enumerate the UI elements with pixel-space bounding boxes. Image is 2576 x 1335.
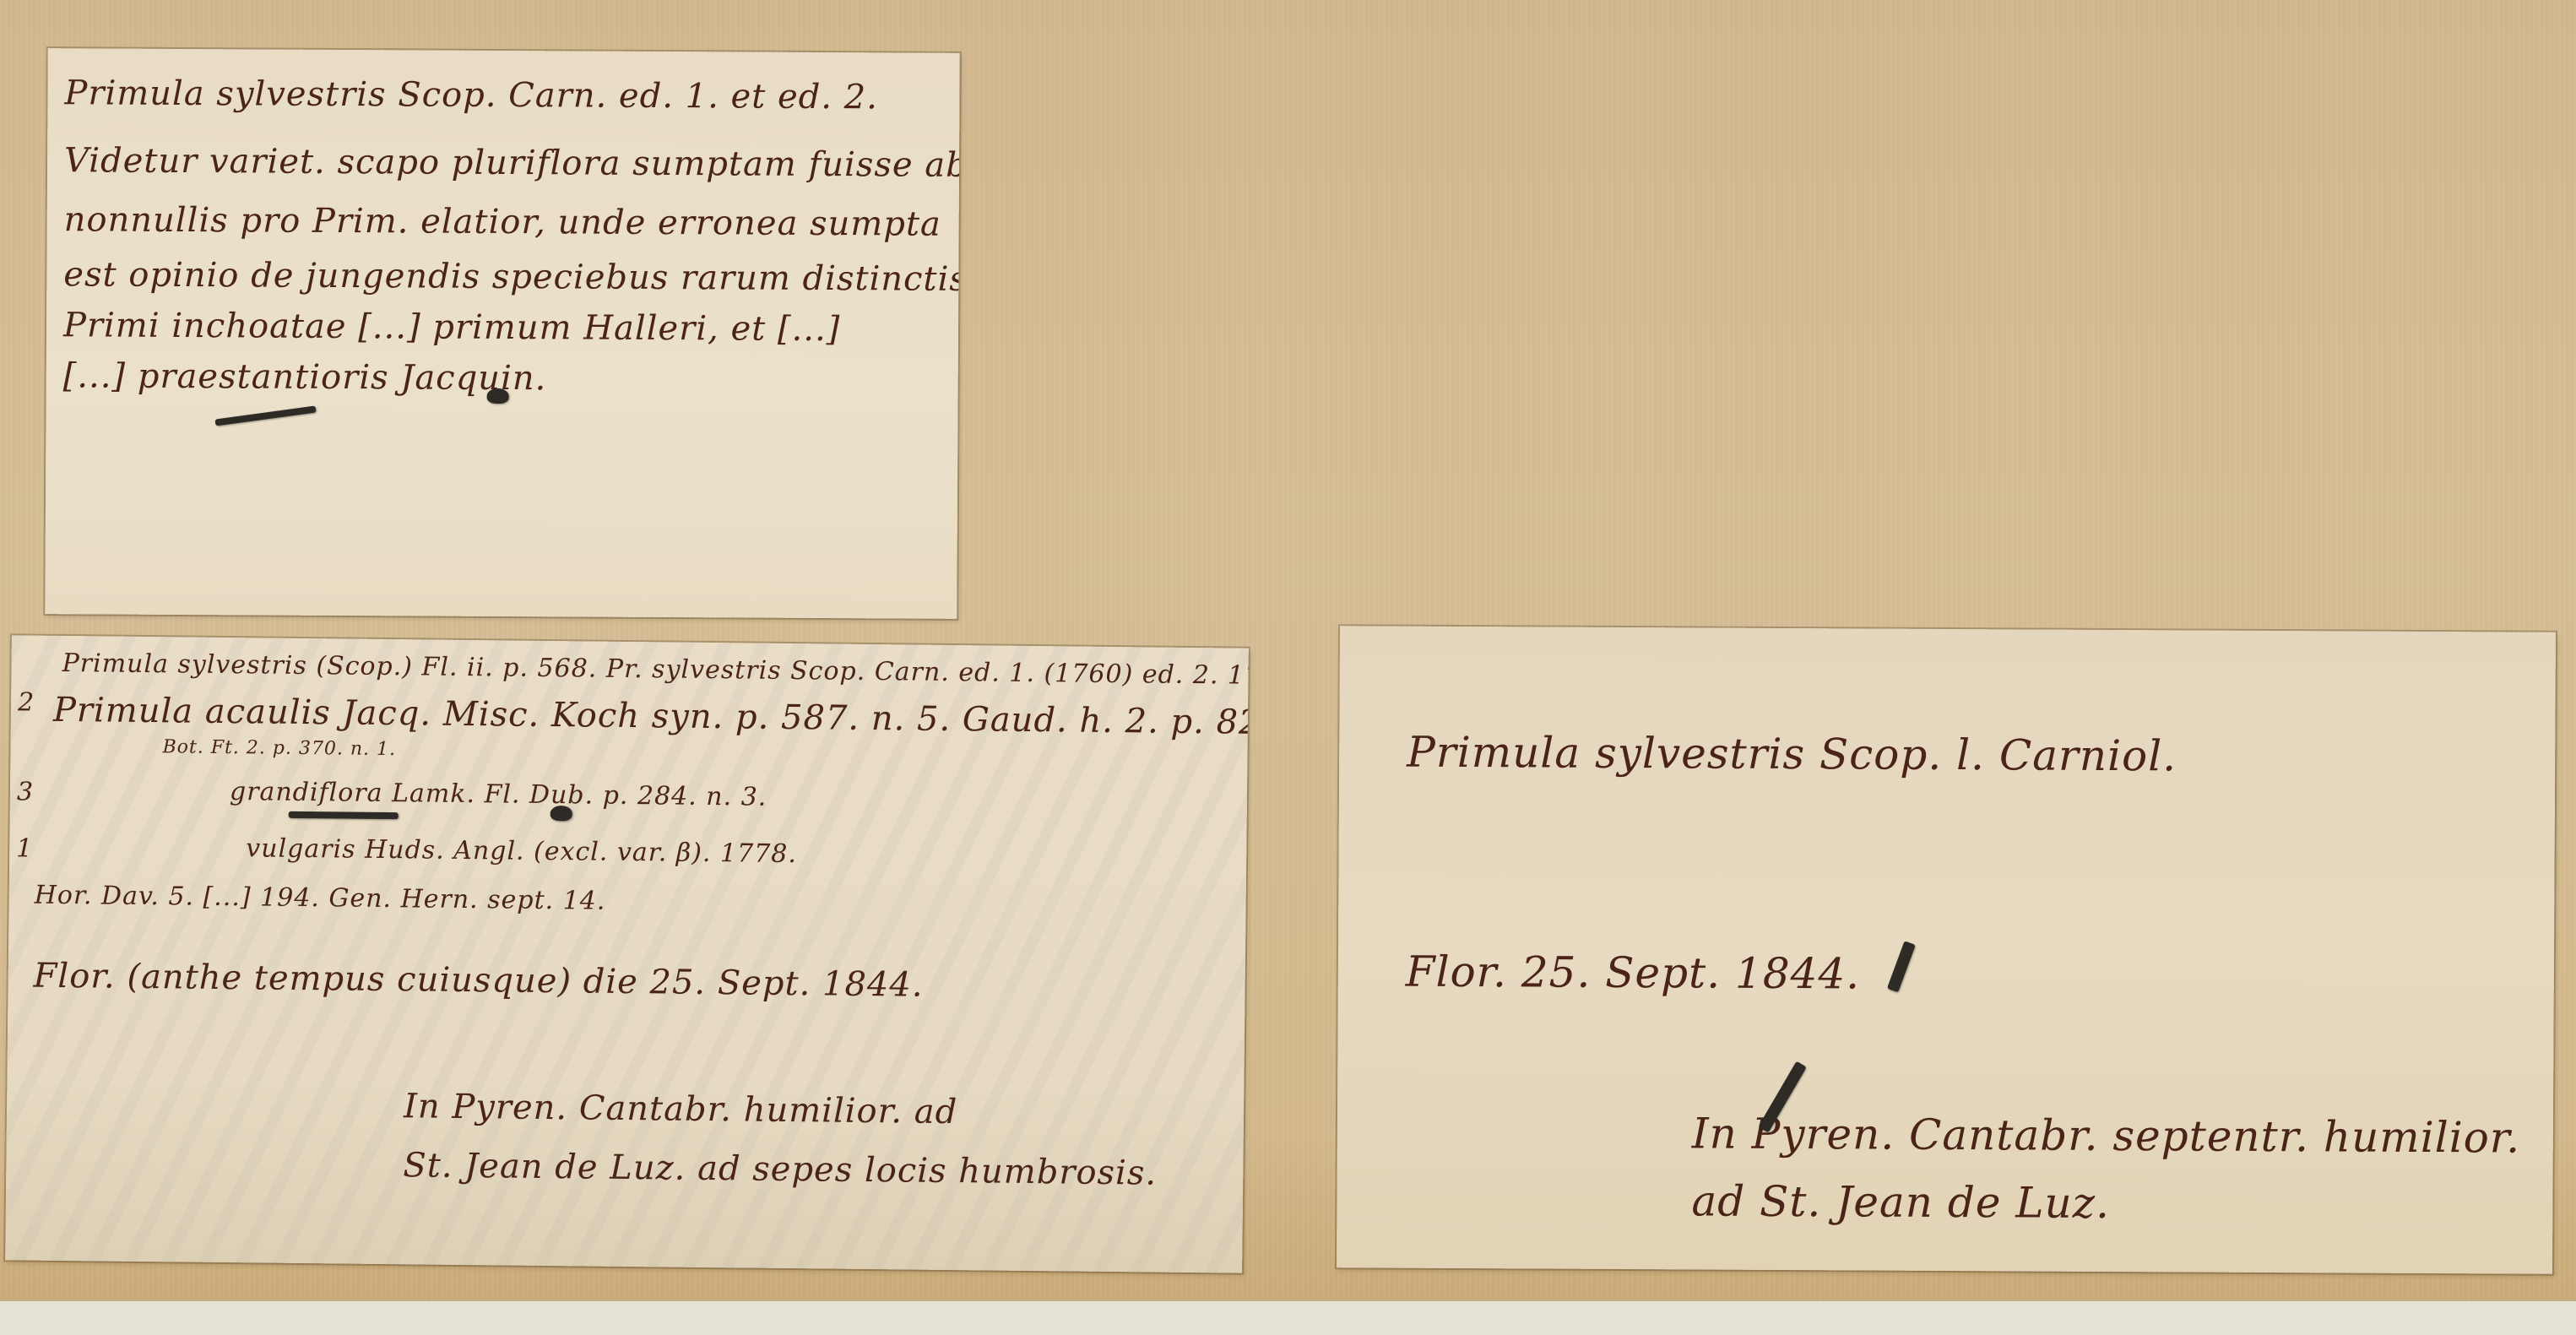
pin-icon — [214, 406, 316, 426]
label-bottom-left: Primula sylvestris (Scop.) Fl. ii. p. 56… — [5, 635, 1249, 1273]
label-line: est opinio de jungendis speciebus rarum … — [63, 255, 960, 299]
label-line: Hor. Dav. 5. [...] 194. Gen. Hern. sept.… — [35, 881, 606, 916]
label-line: [...] praestantioris Jacquin. — [63, 356, 547, 398]
label-right: Primula sylvestris Scop. l. Carniol. Flo… — [1337, 626, 2556, 1274]
label-line: In Pyren. Cantabr. septentr. humilior. — [1692, 1109, 2521, 1162]
label-line: In Pyren. Cantabr. humilior. ad — [404, 1087, 958, 1131]
label-line: Videtur variet. scapo pluriflora sumptam… — [64, 141, 960, 185]
label-line: Bot. Ft. 2. p. 370. n. 1. — [162, 736, 396, 760]
pin-head-icon — [550, 806, 572, 821]
label-top-left: Primula sylvestris Scop. Carn. ed. 1. et… — [45, 48, 959, 619]
label-line: Primula sylvestris Scop. Carn. ed. 1. et… — [64, 73, 878, 117]
label-line: Primula sylvestris Scop. l. Carniol. — [1407, 728, 2177, 781]
pin-head-icon — [487, 388, 509, 404]
label-line: Flor. 25. Sept. 1844. — [1406, 947, 1861, 999]
line-marker: 1 — [16, 833, 33, 863]
label-line: Primi inchoatae [...] primum Halleri, et… — [63, 306, 841, 349]
pin-icon — [289, 811, 399, 819]
label-line: ad St. Jean de Luz. — [1691, 1176, 2110, 1228]
label-line: vulgaris Huds. Angl. (excl. var. β). 177… — [246, 833, 797, 869]
line-marker: 3 — [17, 777, 34, 806]
label-line: grandiflora Lamk. Fl. Dub. p. 284. n. 3. — [230, 777, 767, 812]
pin-icon — [1887, 941, 1916, 992]
label-line: nonnullis pro Prim. elatior, unde errone… — [64, 200, 941, 243]
label-line: St. Jean de Luz. ad sepes locis humbrosi… — [403, 1146, 1157, 1192]
line-marker: 2 — [18, 687, 35, 717]
bottom-edge — [0, 1300, 2576, 1335]
